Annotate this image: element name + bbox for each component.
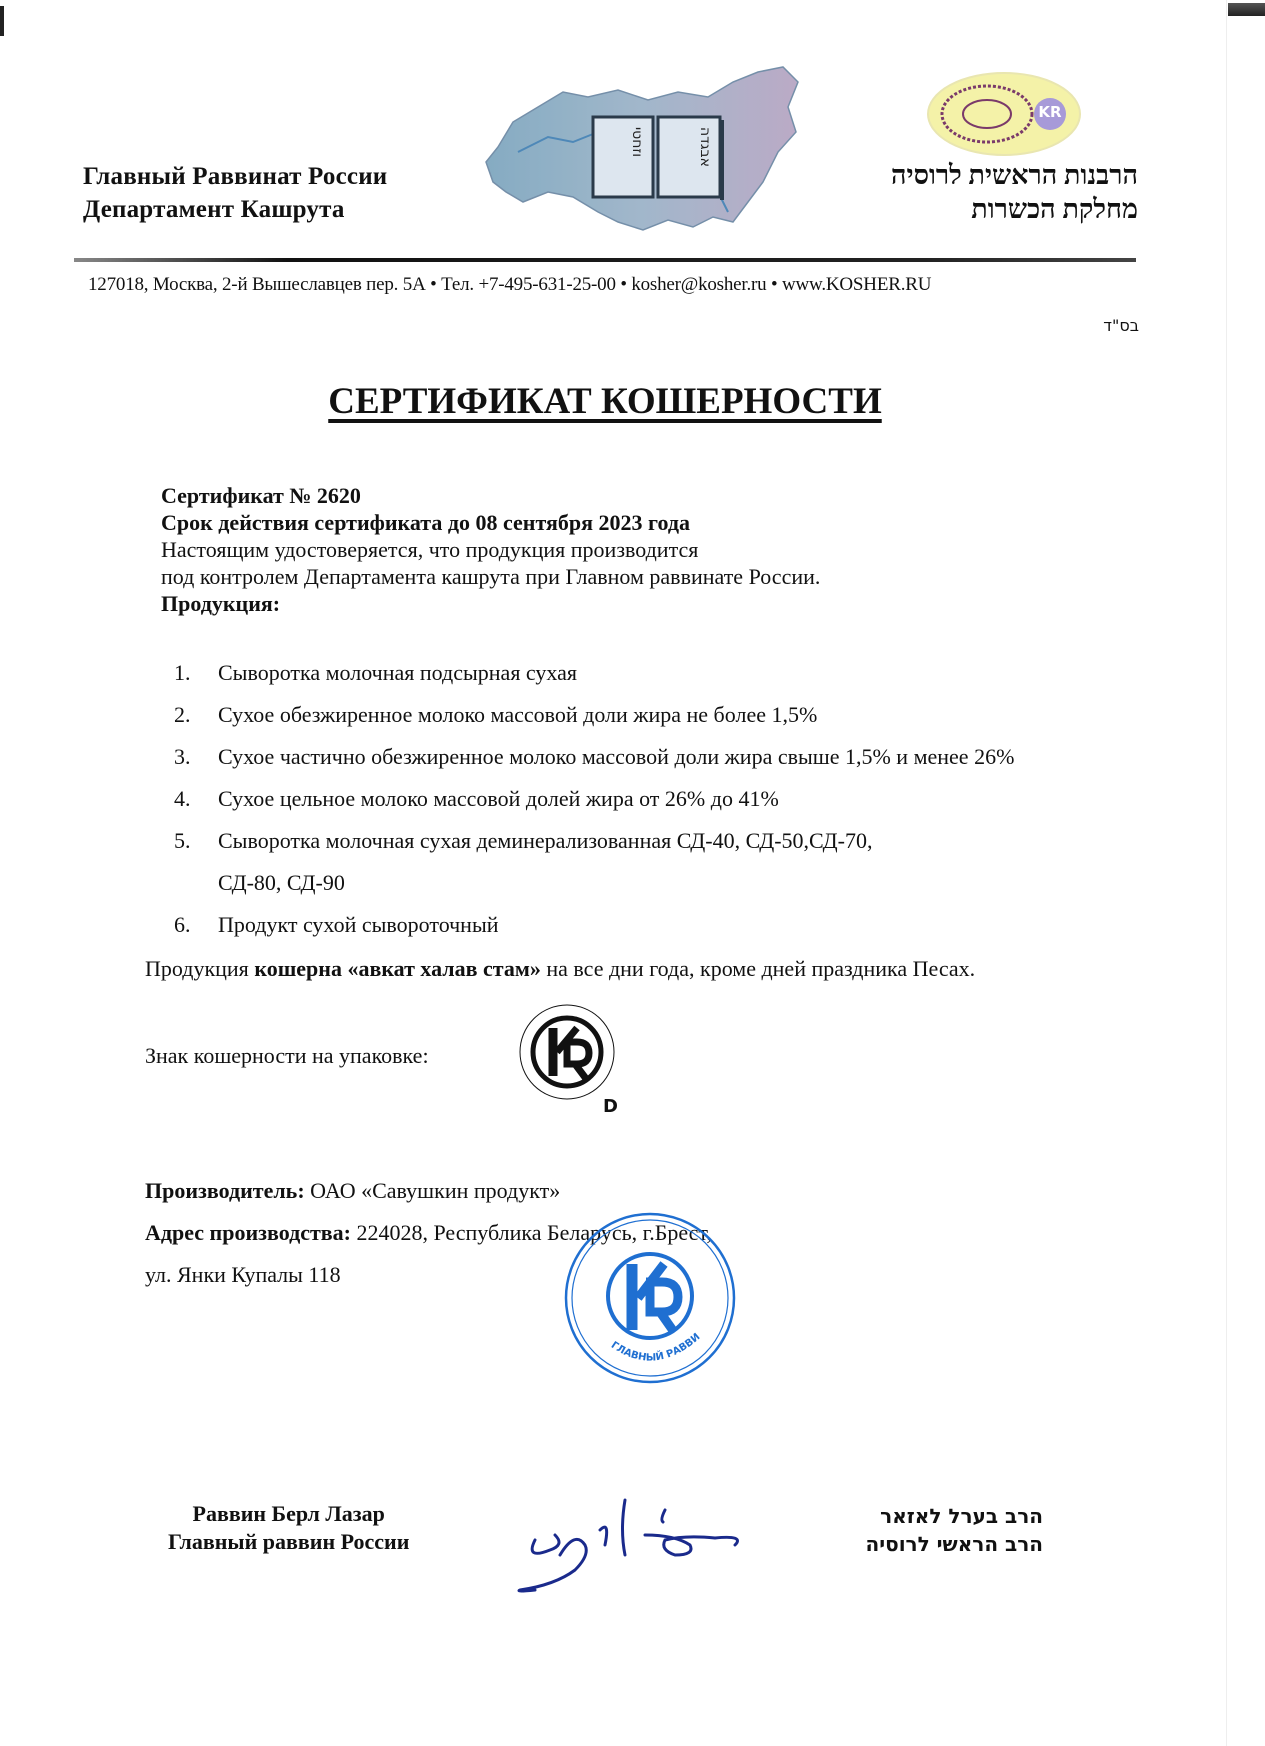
certificate-intro: Сертификат № 2620 Срок действия сертифик… xyxy=(161,482,820,617)
signature-icon xyxy=(515,1490,815,1600)
kosher-status: Продукция кошерна «авкат халав стам» на … xyxy=(145,956,975,982)
signatory-title-he: הרב הראשי לרוסיה xyxy=(865,1530,1043,1558)
packaging-sign-label: Знак кошерности на упаковке: xyxy=(145,1043,429,1069)
list-item: 4.Сухое цельное молоко массовой долей жи… xyxy=(174,778,1014,820)
header-divider xyxy=(74,258,1136,262)
contact-line: 127018, Москва, 2-й Вышеславцев пер. 5А … xyxy=(88,274,931,296)
letterhead-hebrew: הרבנות הראשית לרוסיה מחלקת הכשרות xyxy=(891,158,1138,226)
russia-map-logo: אבגדה וזחטי xyxy=(478,52,808,242)
letterhead-russian: Главный Раввинат России Департамент Кашр… xyxy=(83,160,387,226)
list-item: 5.Сыворотка молочная сухая деминерализов… xyxy=(174,820,1014,862)
list-item-continuation: СД-80, СД-90 xyxy=(174,862,1014,904)
stamp-icon: ГЛАВНЫЙ РАВВИНАТ РОССИИ xyxy=(560,1208,740,1388)
list-item: 6.Продукт сухой сывороточный xyxy=(174,904,1014,946)
scan-edge-mark xyxy=(0,6,4,36)
producer-name: ОАО «Савушкин продукт» xyxy=(305,1178,561,1203)
org-name-ru: Главный Раввинат России xyxy=(83,160,387,193)
scan-edge-mark xyxy=(1228,3,1265,16)
statement-line-1: Настоящим удостоверяется, что продукция … xyxy=(161,536,820,563)
department-name-he: מחלקת הכשרות xyxy=(891,192,1138,226)
handwritten-signature xyxy=(515,1490,815,1600)
rabbinate-stamp: ГЛАВНЫЙ РАВВИНАТ РОССИИ xyxy=(560,1208,740,1388)
rabbinate-seal-badge: KR xyxy=(925,70,1083,158)
signatory-hebrew: הרב בערל לאזאר הרב הראשי לרוסיה xyxy=(865,1502,1043,1558)
products-list: 1.Сыворотка молочная подсырная сухая 2.С… xyxy=(174,652,1014,946)
tablet-letters-right: אבגדה xyxy=(676,127,712,167)
signatory-title-ru: Главный раввин России xyxy=(168,1528,409,1556)
list-item: 2.Сухое обезжиренное молоко массовой дол… xyxy=(174,694,1014,736)
scan-edge-line xyxy=(1226,0,1227,1746)
signatory-russian: Раввин Берл Лазар Главный раввин России xyxy=(168,1500,409,1556)
list-item: 3.Сухое частично обезжиренное молоко мас… xyxy=(174,736,1014,778)
certificate-validity: Срок действия сертификата до 08 сентября… xyxy=(161,509,820,536)
certificate-number: Сертификат № 2620 xyxy=(161,482,820,509)
kosher-status-type: кошерна «авкат халав стам» xyxy=(254,956,541,981)
org-name-he: הרבנות הראשית לרוסיה xyxy=(891,158,1138,192)
kosher-russia-logo: D xyxy=(515,1000,625,1120)
signatory-name-he: הרב בערל לאזאר xyxy=(865,1502,1043,1530)
producer-line: Производитель: ОАО «Савушкин продукт» xyxy=(145,1170,712,1212)
statement-line-2: под контролем Департамента кашрута при Г… xyxy=(161,563,820,590)
signatory-name-ru: Раввин Берл Лазар xyxy=(168,1500,409,1528)
dairy-suffix: D xyxy=(603,1096,618,1117)
certificate-title: СЕРТИФИКАТ КОШЕРНОСТИ xyxy=(0,380,1210,423)
bsd-mark: בס"ד xyxy=(1103,316,1139,335)
tablet-letters-left: וזחטי xyxy=(608,127,644,157)
kr-badge-letters: KR xyxy=(1036,103,1064,121)
products-heading: Продукция: xyxy=(161,590,820,617)
list-item: 1.Сыворотка молочная подсырная сухая xyxy=(174,652,1014,694)
department-name-ru: Департамент Кашрута xyxy=(83,193,387,226)
